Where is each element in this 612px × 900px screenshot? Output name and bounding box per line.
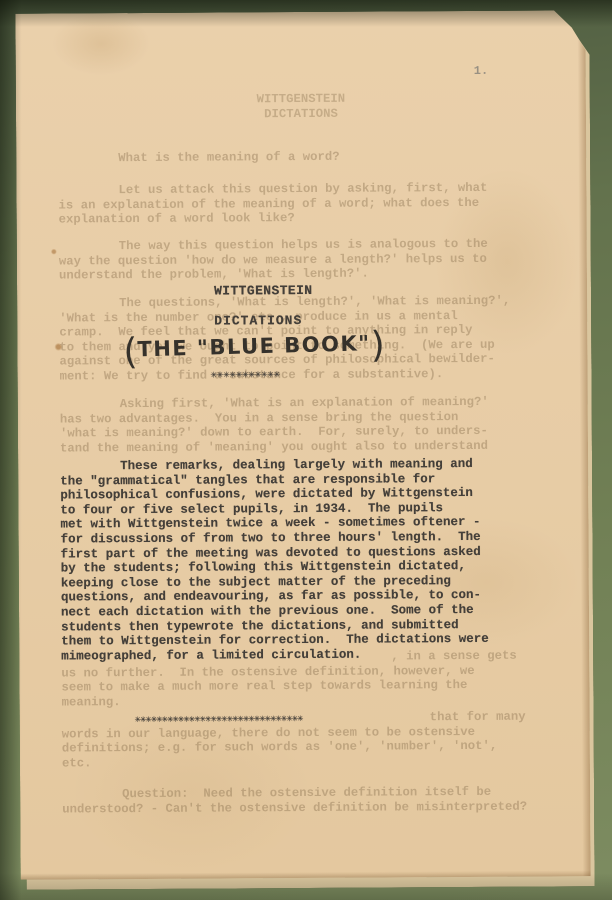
handwritten-text: THE "BLUE BOOK" bbox=[137, 331, 371, 361]
text-line: mimeographed, for a limited circulation. bbox=[61, 647, 489, 664]
text-line: way the question 'how do we measure a le… bbox=[59, 251, 488, 268]
text-line: tand the meaning of 'meaning' you ought … bbox=[60, 439, 489, 456]
text-line: understand the problem, 'What is length?… bbox=[59, 266, 488, 283]
main-paragraph: These remarks, dealing largely with mean… bbox=[60, 457, 489, 664]
bleedthrough-paragraph: Asking first, 'What is an explanation of… bbox=[60, 395, 489, 456]
bleedthrough-header: WITTGENSTEINDICTATIONS bbox=[16, 90, 586, 123]
text-line: etc. bbox=[62, 753, 526, 770]
text-line: understood? - Can't the ostensive defini… bbox=[62, 799, 527, 816]
bleedthrough-paragraph: The way this question helps us is analog… bbox=[59, 237, 488, 283]
text-line: is an explanation of the meaning of a wo… bbox=[58, 195, 487, 212]
text-line: DICTATIONS bbox=[16, 105, 586, 123]
bleedthrough-paragraph: Question: Need the ostensive definition … bbox=[62, 785, 527, 817]
title-dictations: DICTATIONS bbox=[214, 313, 302, 329]
book-cover: 1. WITTGENSTEINDICTATIONS What is the me… bbox=[0, 0, 612, 900]
text-line: definitions; e.g. for such words as 'one… bbox=[62, 739, 526, 756]
divider-stars-long: ✳✳✳✳✳✳✳✳✳✳✳✳✳✳✳✳✳✳✳✳✳✳✳✳✳✳✳✳✳✳✳ bbox=[135, 713, 303, 726]
text-line: seem to make a much more real step towar… bbox=[61, 678, 517, 695]
document-page: 1. WITTGENSTEINDICTATIONS What is the me… bbox=[15, 10, 590, 879]
text-line: them to Wittgenstein for correction. The… bbox=[61, 632, 489, 649]
handwritten-paren-open: ( bbox=[123, 331, 138, 372]
handwritten-paren-close: ) bbox=[370, 325, 385, 366]
title-wittgenstein: WITTGENSTEIN bbox=[214, 283, 313, 299]
text-line: explanation of a word look like? bbox=[59, 210, 488, 227]
bleedthrough-paragraph: Let us attack this question by asking, f… bbox=[58, 181, 487, 227]
page-number: 1. bbox=[474, 64, 488, 78]
text-line: meaning. bbox=[62, 692, 518, 709]
handwritten-blue-book-annotation: (THE "BLUE BOOK") bbox=[123, 325, 384, 373]
bleedthrough-paragraph: What is the meaning of a word? bbox=[58, 150, 339, 166]
text-line: What is the meaning of a word? bbox=[58, 150, 339, 166]
